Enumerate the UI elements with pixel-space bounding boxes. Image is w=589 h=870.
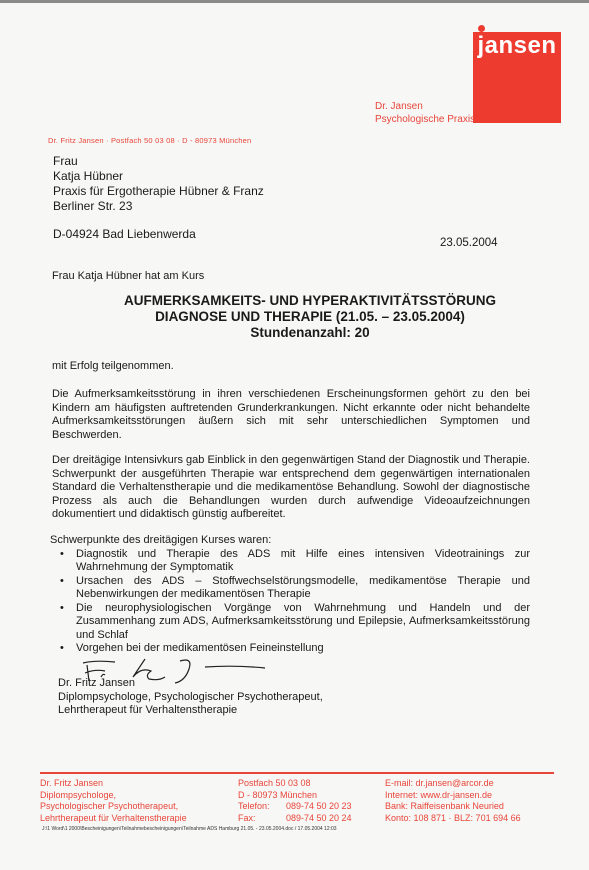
phone-label: Telefon: [238, 801, 286, 813]
course-title-line: AUFMERKSAMKEITS- UND HYPERAKTIVITÄTSSTÖR… [40, 293, 580, 309]
footer-website: Internet: www.dr-jansen.de [385, 790, 521, 802]
practice-name: Dr. Jansen Psychologische Praxis [375, 100, 475, 126]
footer-name-block: Dr. Fritz Jansen Diplompsychologe, Psych… [40, 778, 187, 824]
brand-line: Dr. Jansen [375, 100, 475, 113]
footer-account: Konto: 108 871 · BLZ: 701 694 66 [385, 813, 521, 825]
footer-line: Dr. Fritz Jansen [40, 778, 187, 790]
address-line: Berliner Str. 23 [53, 199, 264, 214]
recipient-address: Frau Katja Hübner Praxis für Ergotherapi… [53, 154, 264, 242]
footer-line: Lehrtherapeut für Verhaltenstherapie [40, 813, 187, 825]
list-item: Vorgehen bei der medikamentösen Feineins… [64, 642, 530, 656]
list-item: Ursachen des ADS – Stoffwechselstörungsm… [64, 575, 530, 602]
address-line: Katja Hübner [53, 169, 264, 184]
fax-label: Fax: [238, 813, 286, 825]
address-zip-city: D-04924 Bad Liebenwerda [53, 227, 264, 242]
signer-title: Diplompsychologe, Psychologischer Psycho… [58, 691, 323, 705]
course-focus: Schwerpunkte des dreitägigen Kurses ware… [50, 534, 530, 656]
footer-postfach: Postfach 50 03 08 [238, 778, 352, 790]
fax-value: 089-74 50 20 24 [286, 813, 352, 823]
focus-heading: Schwerpunkte des dreitägigen Kurses ware… [50, 534, 530, 548]
signer-name: Dr. Fritz Jansen [58, 677, 323, 691]
footer-fax: Fax:089-74 50 20 24 [238, 813, 352, 825]
list-item: Diagnostik und Therapie des ADS mit Hilf… [64, 548, 530, 575]
scan-edge [0, 0, 589, 3]
footer-line: Diplompsychologe, [40, 790, 187, 802]
course-title-line: DIAGNOSE UND THERAPIE (21.05. – 23.05.20… [40, 309, 580, 325]
course-title: AUFMERKSAMKEITS- UND HYPERAKTIVITÄTSSTÖR… [40, 293, 580, 341]
letter-date: 23.05.2004 [440, 237, 498, 249]
completion-line: mit Erfolg teilgenommen. [52, 360, 530, 374]
footer-email: E-mail: dr.jansen@arcor.de [385, 778, 521, 790]
signer-title: Lehrtherapeut für Verhaltenstherapie [58, 704, 323, 718]
footer-contact-block: Postfach 50 03 08 D - 80973 München Tele… [238, 778, 352, 824]
jansen-logo: jansen [473, 32, 561, 123]
footer-bank: Bank: Raiffeisenbank Neuried [385, 801, 521, 813]
footer-phone: Telefon:089-74 50 20 23 [238, 801, 352, 813]
list-item: Die neurophysiologischen Vorgänge von Wa… [64, 602, 530, 643]
intro-line: Frau Katja Hübner hat am Kurs [52, 270, 204, 282]
signer-block: Dr. Fritz Jansen Diplompsychologe, Psych… [58, 677, 323, 718]
brand-line: Psychologische Praxis [375, 113, 475, 126]
paragraph: Die Aufmerksamkeitsstörung in ihren vers… [52, 388, 530, 442]
paragraph: Der dreitägige Intensivkurs gab Einblick… [52, 454, 530, 522]
footer-online-block: E-mail: dr.jansen@arcor.de Internet: www… [385, 778, 521, 824]
logo-text: jansen [473, 34, 561, 58]
course-hours: Stundenanzahl: 20 [40, 325, 580, 341]
footer-city: D - 80973 München [238, 790, 352, 802]
address-line: Frau [53, 154, 264, 169]
logo-dot [478, 25, 485, 32]
file-path: J:\1 Word\1 2000\Bescheinigungen\Teilnah… [42, 826, 337, 832]
phone-value: 089-74 50 20 23 [286, 801, 352, 811]
footer-line: Psychologischer Psychotherapeut, [40, 801, 187, 813]
address-line: Praxis für Ergotherapie Hübner & Franz [53, 184, 264, 199]
sender-line: Dr. Fritz Jansen · Postfach 50 03 08 · D… [48, 136, 251, 145]
focus-list: Diagnostik und Therapie des ADS mit Hilf… [50, 548, 530, 656]
footer-divider [40, 772, 554, 774]
